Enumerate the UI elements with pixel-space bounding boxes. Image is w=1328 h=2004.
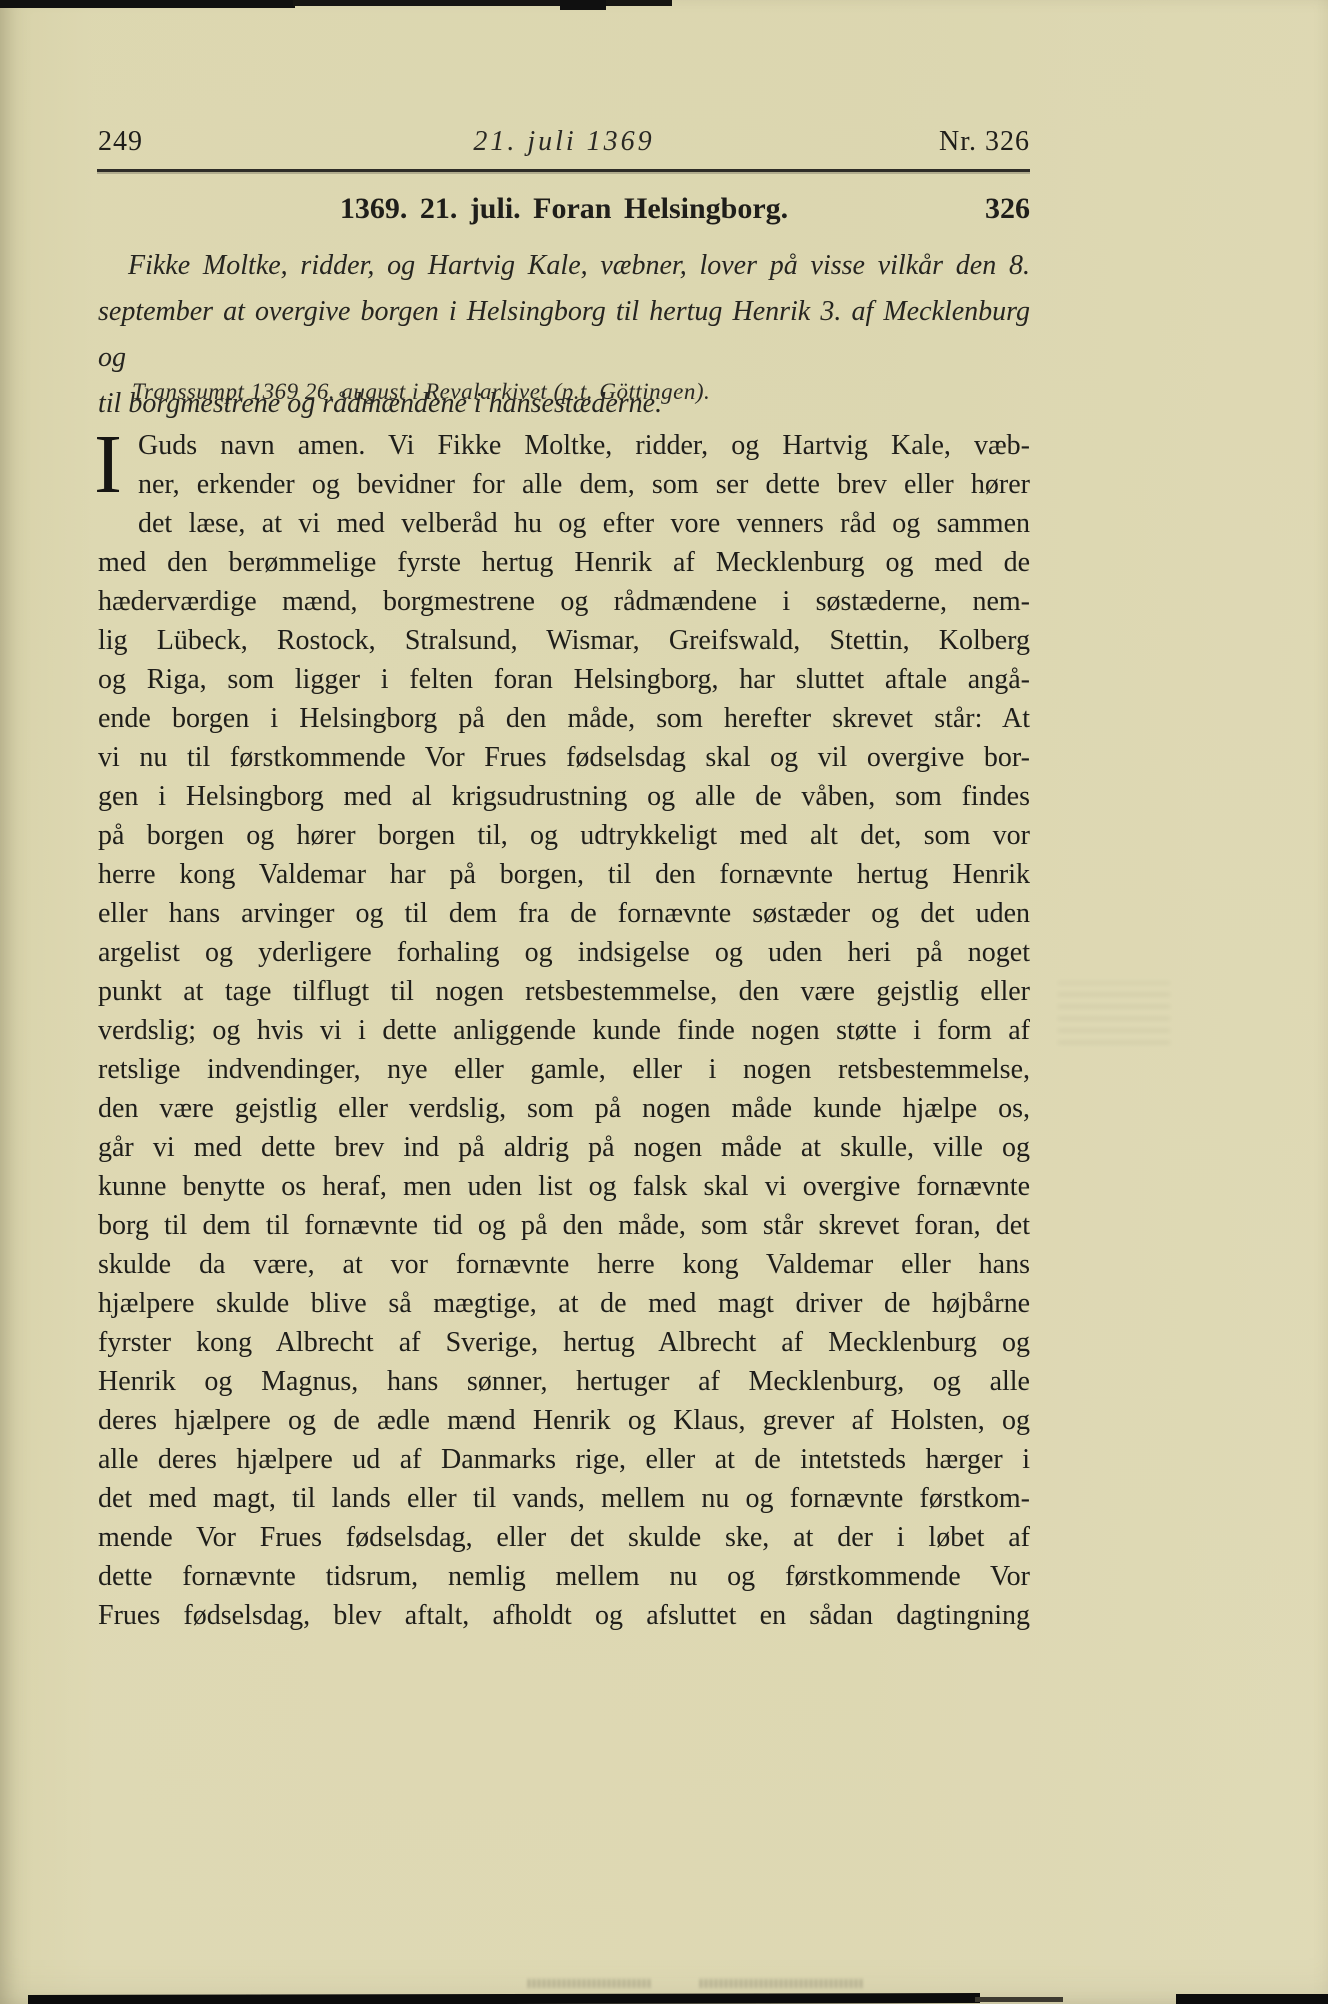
body-line: mende Vor Frues fødselsdag, eller det sk…	[98, 1518, 1030, 1557]
source-note: Transsumpt 1369 26. august i Revalarkive…	[132, 379, 932, 405]
body-line: og Riga, som ligger i felten foran Helsi…	[98, 660, 1030, 699]
body-line: borg til dem til fornævnte tid og på den…	[98, 1206, 1030, 1245]
body-line: gen i Helsingborg med al krigsudrustning…	[98, 777, 1030, 816]
scan-edge-top	[560, 0, 606, 10]
body-line: på borgen og hører borgen til, og udtryk…	[98, 816, 1030, 855]
document-number: 326	[985, 192, 1030, 226]
body-line: det læse, at vi med velberåd hu og efter…	[98, 504, 1030, 543]
scan-edge-bottom	[1176, 1994, 1328, 2004]
body-line: Frues fødselsdag, blev aftalt, afholdt o…	[98, 1596, 1030, 1635]
body-line: lig Lübeck, Rostock, Stralsund, Wismar, …	[98, 621, 1030, 660]
scan-edge-bottom	[975, 1997, 1063, 2002]
body-line: retslige indvendinger, nye eller gamle, …	[98, 1050, 1030, 1089]
header-rule	[97, 169, 1030, 172]
body-line: Guds navn amen. Vi Fikke Moltke, ridder,…	[98, 426, 1030, 465]
scan-edge-bottom	[28, 1993, 980, 2004]
summary-line: Fikke Moltke, ridder, og Hartvig Kale, v…	[98, 243, 1030, 289]
body-line: dette fornævnte tidsrum, nemlig mellem n…	[98, 1557, 1030, 1596]
body-line: Henrik og Magnus, hans sønner, hertuger …	[98, 1362, 1030, 1401]
body-line: den være gejstlig eller verdslig, som på…	[98, 1089, 1030, 1128]
body-text: I Guds navn amen. Vi Fikke Moltke, ridde…	[98, 426, 1030, 1635]
body-line: det med magt, til lands eller til vands,…	[98, 1479, 1030, 1518]
body-line: fyrster kong Albrecht af Sverige, hertug…	[98, 1323, 1030, 1362]
body-line: går vi med dette brev ind på aldrig på n…	[98, 1128, 1030, 1167]
body-line: alle deres hjælpere ud af Danmarks rige,…	[98, 1440, 1030, 1479]
body-line: vi nu til førstkommende Vor Frues fødsel…	[98, 738, 1030, 777]
body-line: herre kong Valdemar har på borgen, til d…	[98, 855, 1030, 894]
summary-line: september at overgive borgen i Helsingbo…	[98, 289, 1030, 381]
body-line: argelist og yderligere forhaling og inds…	[98, 933, 1030, 972]
ink-bleed-ghost	[1058, 982, 1170, 1044]
body-line: ende borgen i Helsingborg på den måde, s…	[98, 699, 1030, 738]
body-line: kunne benytte os heraf, men uden list og…	[98, 1167, 1030, 1206]
running-head: 249 21. juli 1369 Nr. 326	[98, 126, 1030, 162]
body-line: verdslig; og hvis vi i dette anliggende …	[98, 1011, 1030, 1050]
body-line: ner, erkender og bevidner for alle dem, …	[98, 465, 1030, 504]
scan-smudge	[528, 1979, 650, 1988]
body-line: punkt at tage tilflugt til nogen retsbes…	[98, 972, 1030, 1011]
scan-edge-top	[293, 0, 672, 6]
scanned-book-page: 249 21. juli 1369 Nr. 326 1369. 21. juli…	[0, 0, 1328, 2004]
page-number: 249	[98, 126, 143, 158]
document-number-label: Nr. 326	[939, 126, 1030, 158]
body-line: med den berømmelige fyrste hertug Henrik…	[98, 543, 1030, 582]
scan-edge-top	[0, 0, 295, 8]
body-line: skulde da være, at vor fornævnte herre k…	[98, 1245, 1030, 1284]
scan-smudge	[700, 1979, 862, 1988]
body-line: deres hjælpere og de ædle mænd Henrik og…	[98, 1401, 1030, 1440]
running-title: 21. juli 1369	[473, 126, 654, 158]
body-line: eller hans arvinger og til dem fra de fo…	[98, 894, 1030, 933]
drop-cap: I	[94, 430, 122, 507]
document-title: 1369. 21. juli. Foran Helsingborg.	[340, 192, 788, 225]
body-line: hæderværdige mænd, borgmestrene og rådmæ…	[98, 582, 1030, 621]
body-line: hjælpere skulde blive så mægtige, at de …	[98, 1284, 1030, 1323]
document-heading: 1369. 21. juli. Foran Helsingborg. 326	[98, 192, 1030, 226]
